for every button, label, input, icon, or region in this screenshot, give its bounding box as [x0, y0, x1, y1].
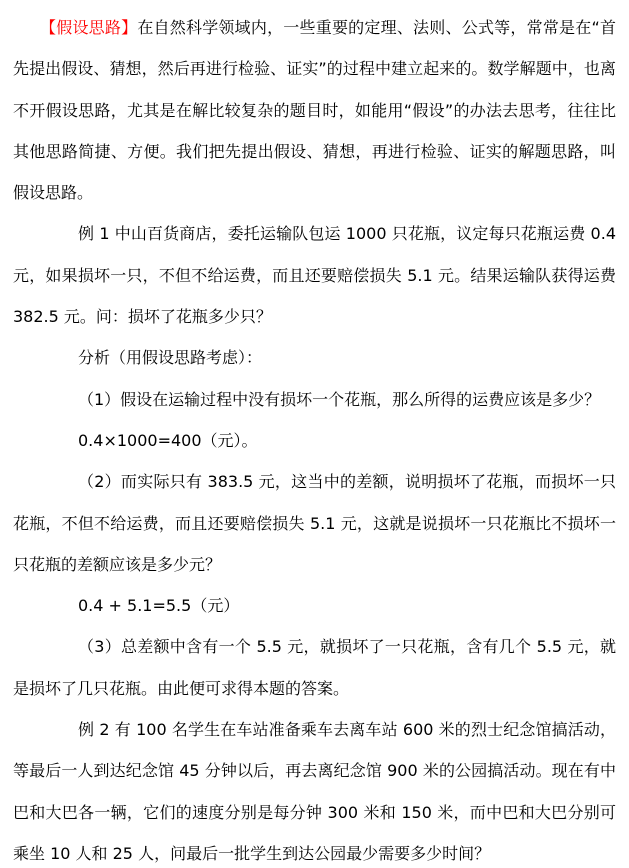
formula-2: 0.4 + 5.1=5.5（元）	[13, 585, 616, 626]
analysis-step-2: （2）而实际只有 383.5 元，这当中的差额，说明损坏了花瓶，而损坏一只花瓶，…	[13, 461, 616, 585]
intro-paragraph: 【假设思路】在自然科学领域内，一些重要的定理、法则、公式等，常常是在“首先提出假…	[13, 7, 616, 213]
intro-text: 在自然科学领域内，一些重要的定理、法则、公式等，常常是在“首先提出假设、猜想，然…	[13, 18, 616, 202]
analysis-step-1: （1）假设在运输过程中没有损坏一个花瓶，那么所得的运费应该是多少？	[13, 379, 616, 420]
formula-1: 0.4×1000=400（元）。	[13, 420, 616, 461]
example-2-paragraph: 例 2 有 100 名学生在车站准备乘车去离车站 600 米的烈士纪念馆搞活动，…	[13, 709, 616, 868]
analysis-step-3: （3）总差额中含有一个 5.5 元，就损坏了一只花瓶，含有几个 5.5 元，就是…	[13, 626, 616, 709]
example-1-paragraph: 例 1 中山百货商店，委托运输队包运 1000 只花瓶，议定每只花瓶运费 0.4…	[13, 213, 616, 337]
document-page: 【假设思路】在自然科学领域内，一些重要的定理、法则、公式等，常常是在“首先提出假…	[0, 0, 629, 868]
analysis-heading: 分析（用假设思路考虑）：	[13, 337, 616, 378]
section-title: 【假设思路】	[40, 18, 137, 37]
